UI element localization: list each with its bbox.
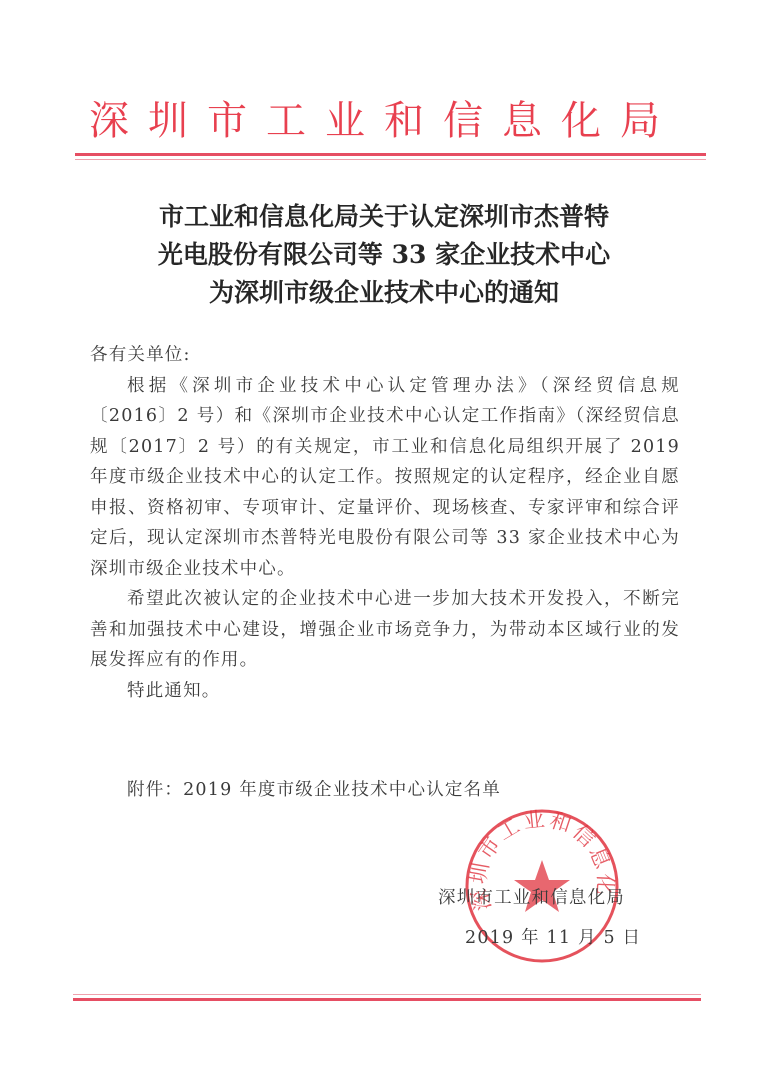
body-paragraph-1: 根据《深圳市企业技术中心认定管理办法》（深经贸信息规〔2016〕2 号）和《深圳… [90,371,680,585]
title-line-3: 为深圳市级企业技术中心的通知 [90,274,678,312]
salutation: 各有关单位: [90,340,680,371]
signature-issuer: 深圳市工业和信息化局 [438,884,625,909]
footer-divider-thick [73,998,701,1001]
title-line-2: 光电股份有限公司等 33 家企业技术中心 [90,236,678,274]
signature-date: 2019 年 11 月 5 日 [465,924,641,949]
document-page: 深圳市工业和信息化局 市工业和信息化局关于认定深圳市杰普特 光电股份有限公司等 … [0,0,768,1084]
header-divider-thick [75,153,706,156]
footer-divider-thin [73,994,701,995]
attachment-note: 附件：2019 年度市级企业技术中心认定名单 [127,776,501,801]
masthead-agency-name: 深圳市工业和信息化局 [60,96,708,146]
header-divider-thin [75,159,706,160]
document-title: 市工业和信息化局关于认定深圳市杰普特 光电股份有限公司等 33 家企业技术中心 … [90,198,678,312]
document-body: 各有关单位: 根据《深圳市企业技术中心认定管理办法》（深经贸信息规〔2016〕2… [90,340,680,706]
body-paragraph-2: 希望此次被认定的企业技术中心进一步加大技术开发投入，不断完善和加强技术中心建设，… [90,584,680,676]
body-paragraph-closing: 特此通知。 [90,676,680,707]
title-line-1: 市工业和信息化局关于认定深圳市杰普特 [90,198,678,236]
